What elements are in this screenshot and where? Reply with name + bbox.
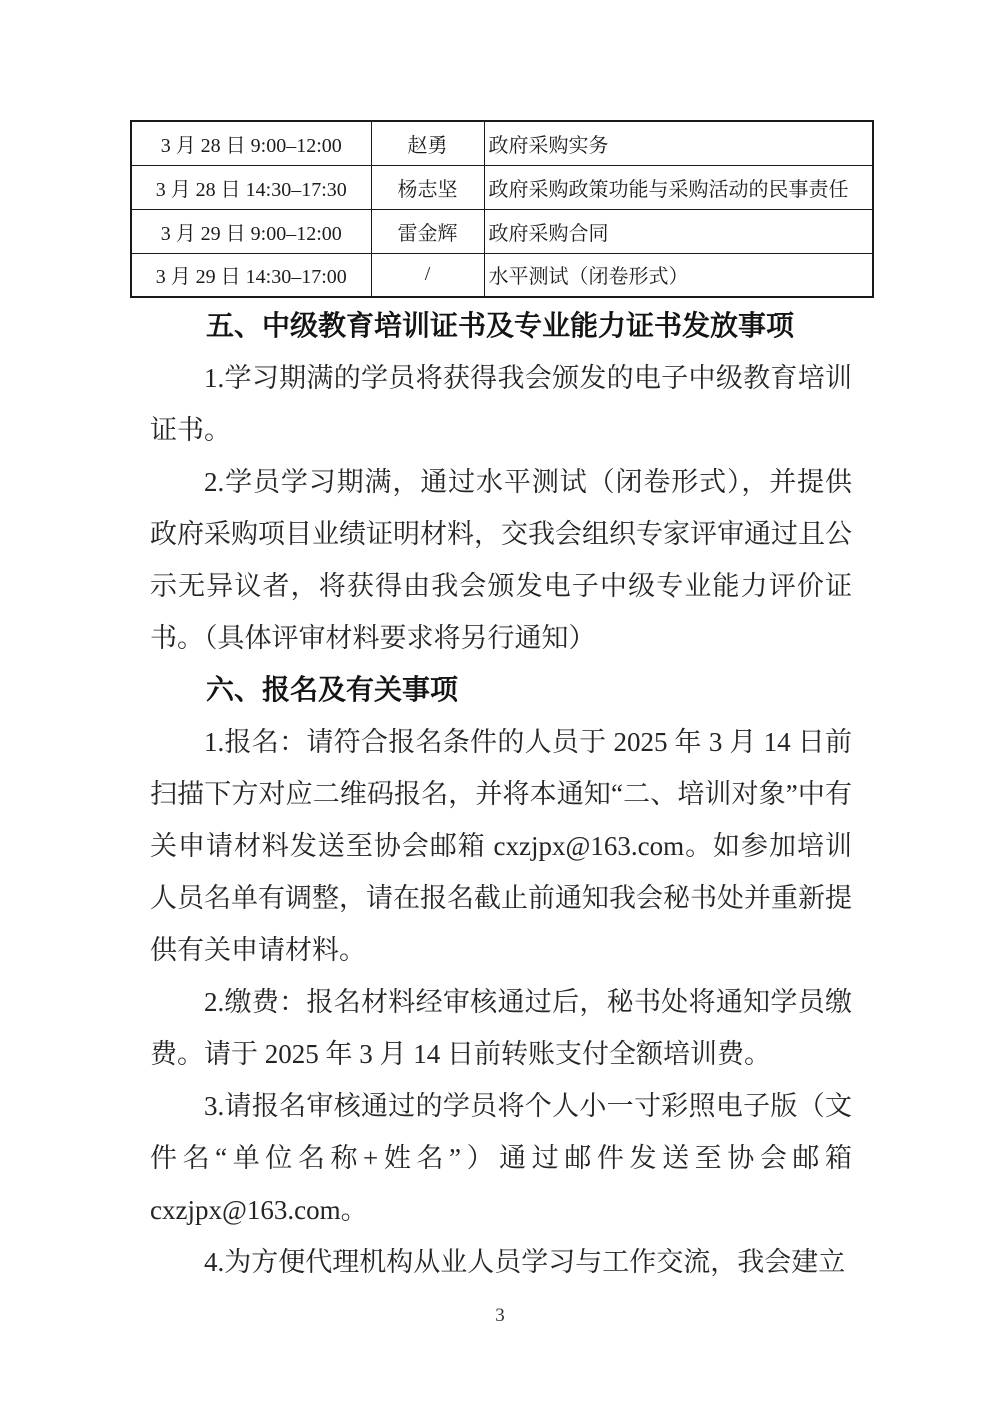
table-row: 3 月 29 日 14:30–17:00 / 水平测试（闭卷形式） xyxy=(131,253,873,297)
session-time: 3 月 28 日 14:30–17:30 xyxy=(131,165,371,209)
table-row: 3 月 28 日 14:30–17:30 杨志坚 政府采购政策功能与采购活动的民… xyxy=(131,165,873,209)
table-row: 3 月 28 日 9:00–12:00 赵勇 政府采购实务 xyxy=(131,121,873,165)
session-topic: 政府采购政策功能与采购活动的民事责任 xyxy=(484,165,873,209)
session-lecturer: 杨志坚 xyxy=(371,165,484,209)
section-five-paragraph-1: 1.学习期满的学员将获得我会颁发的电子中级教育培训证书。 xyxy=(150,352,852,456)
course-schedule-table: 3 月 28 日 9:00–12:00 赵勇 政府采购实务 3 月 28 日 1… xyxy=(130,120,874,298)
session-time: 3 月 29 日 14:30–17:00 xyxy=(131,253,371,297)
session-lecturer: / xyxy=(371,253,484,297)
session-time: 3 月 28 日 9:00–12:00 xyxy=(131,121,371,165)
document-body: 五、中级教育培训证书及专业能力证书发放事项 1.学习期满的学员将获得我会颁发的电… xyxy=(150,300,852,1288)
document-page: 3 月 28 日 9:00–12:00 赵勇 政府采购实务 3 月 28 日 1… xyxy=(0,0,1000,1414)
session-topic: 政府采购实务 xyxy=(484,121,873,165)
section-six-paragraph-2: 2.缴费：报名材料经审核通过后，秘书处将通知学员缴费。请于 2025 年 3 月… xyxy=(150,976,852,1080)
section-five-paragraph-2: 2.学员学习期满，通过水平测试（闭卷形式），并提供政府采购项目业绩证明材料，交我… xyxy=(150,456,852,664)
table-row: 3 月 29 日 9:00–12:00 雷金辉 政府采购合同 xyxy=(131,209,873,253)
section-six-paragraph-4: 4.为方便代理机构从业人员学习与工作交流，我会建立 xyxy=(150,1236,852,1288)
section-six-paragraph-1: 1.报名：请符合报名条件的人员于 2025 年 3 月 14 日前扫描下方对应二… xyxy=(150,716,852,976)
session-time: 3 月 29 日 9:00–12:00 xyxy=(131,209,371,253)
section-six-heading: 六、报名及有关事项 xyxy=(150,664,852,716)
session-lecturer: 赵勇 xyxy=(371,121,484,165)
session-lecturer: 雷金辉 xyxy=(371,209,484,253)
page-number: 3 xyxy=(0,1305,1000,1327)
session-topic: 政府采购合同 xyxy=(484,209,873,253)
session-topic: 水平测试（闭卷形式） xyxy=(484,253,873,297)
section-five-heading: 五、中级教育培训证书及专业能力证书发放事项 xyxy=(150,300,852,352)
section-six-paragraph-3: 3.请报名审核通过的学员将个人小一寸彩照电子版（文件名“单位名称+姓名”）通过邮… xyxy=(150,1080,852,1236)
